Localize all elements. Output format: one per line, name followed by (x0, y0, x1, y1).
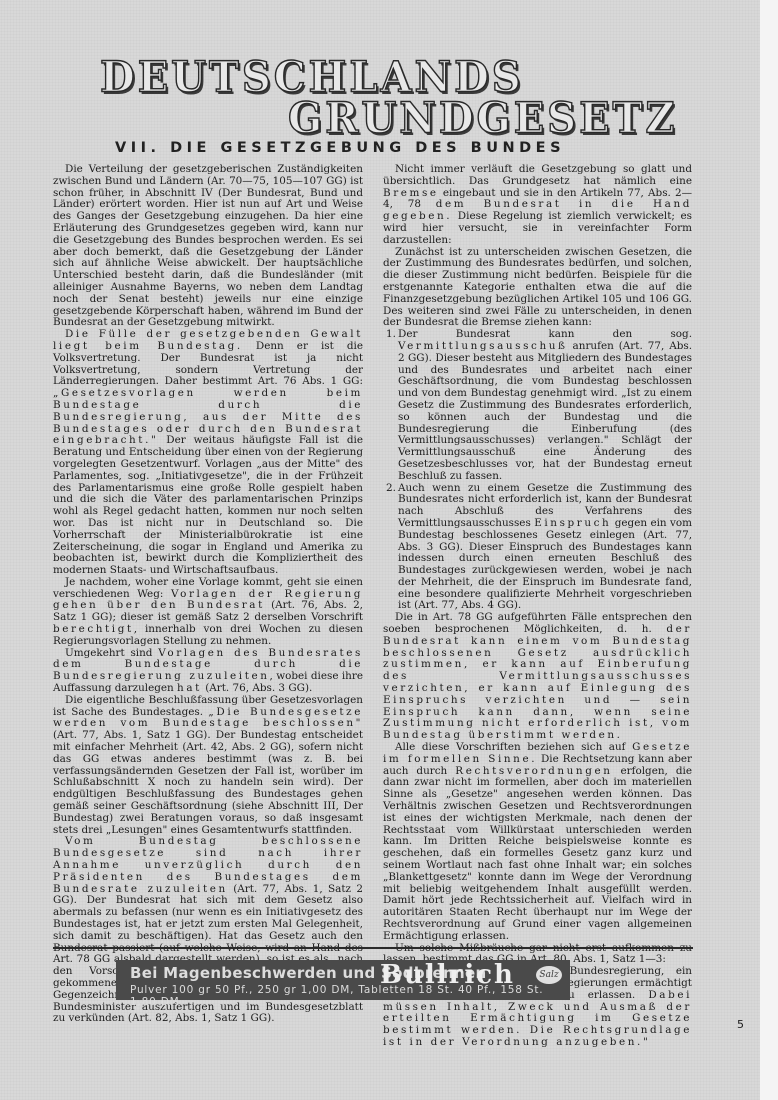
text: Die in Art. 78 GG aufgeführten Fälle ent… (383, 611, 692, 635)
text: Alle diese Vorschriften beziehen sich au… (395, 741, 632, 753)
salz-badge-icon: Salz (536, 966, 562, 984)
spaced-emphasis: Vermittlungsausschuß (398, 340, 568, 352)
section-subtitle: VII. DIE GESETZGEBUNG DES BUNDES (115, 140, 635, 156)
list-number: 1. (386, 329, 396, 341)
text: (Art. 77, Abs. 1, Satz 1 GG). Der Bundes… (53, 729, 363, 835)
numbered-list: 1.Der Bundesrat kann den sog. Vermittlun… (383, 329, 692, 612)
text: Der Bundesrat kann den sog. (398, 328, 692, 340)
paragraph: Die eigentliche Beschlußfassung über Ges… (53, 695, 363, 837)
paragraph: Die in Art. 78 GG aufgeführten Fälle ent… (383, 612, 692, 742)
spaced-emphasis: hat (177, 682, 202, 694)
text: Umgekehrt sind (65, 647, 158, 659)
page-number: 5 (737, 1018, 744, 1031)
left-column: Die Verteilung der gesetzgeberischen Zus… (53, 164, 363, 1025)
list-item: 1.Der Bundesrat kann den sog. Vermittlun… (383, 329, 692, 482)
list-item: 2.Auch wenn zu einem Gesetze die Zustimm… (383, 483, 692, 613)
paragraph: Alle diese Vorschriften beziehen sich au… (383, 742, 692, 943)
paragraph: Die Fülle der gesetzgebenden Gewalt lieg… (53, 329, 363, 577)
horizontal-rule (53, 947, 693, 949)
text: anrufen (Art. 77, Abs. 2 GG). Dieser bes… (398, 340, 692, 482)
spaced-emphasis: der Bundesrat kann einem vom Bundestag b… (383, 623, 692, 741)
spaced-emphasis: Rechtsverordnungen (455, 765, 612, 777)
right-column: Nicht immer verläuft die Gesetzgebung so… (383, 164, 692, 1049)
paragraph: Zunächst ist zu unterscheiden zwischen G… (383, 247, 692, 330)
text: (Art. 76, Abs. 3 GG). (202, 682, 312, 694)
masthead-title-line2: GRUNDGESETZ (288, 96, 678, 142)
spaced-emphasis: Bremse (383, 187, 439, 199)
scan-margin (760, 0, 778, 1100)
paragraph: Je nachdem, woher eine Vorlage kommt, ge… (53, 577, 363, 648)
paragraph: Nicht immer verläuft die Gesetzgebung so… (383, 164, 692, 247)
spaced-emphasis: Einspruch (534, 517, 611, 529)
paragraph: Umgekehrt sind Vorlagen des Bundesrates … (53, 648, 363, 695)
text: Nicht immer verläuft die Gesetzgebung so… (383, 163, 692, 187)
list-number: 2. (386, 483, 396, 495)
spaced-emphasis: berechtigt (53, 623, 134, 635)
magazine-page: DEUTSCHLANDS GRUNDGESETZ VII. DIE GESETZ… (0, 0, 760, 1100)
paragraph: Die Verteilung der gesetzgeberischen Zus… (53, 164, 363, 329)
text: erfolgen, die dann zwar nicht im formell… (383, 765, 692, 942)
text: gegen ein vom Bundestag beschlossenes Ge… (398, 517, 692, 612)
advertisement-banner: Bei Magenbeschwerden und Sodbrennen Bull… (116, 960, 570, 1000)
text: Der weitaus häufigste Fall ist die Berat… (53, 434, 363, 576)
ad-prices: Pulver 100 gr 50 Pf., 250 gr 1,00 DM, Ta… (130, 984, 570, 1008)
